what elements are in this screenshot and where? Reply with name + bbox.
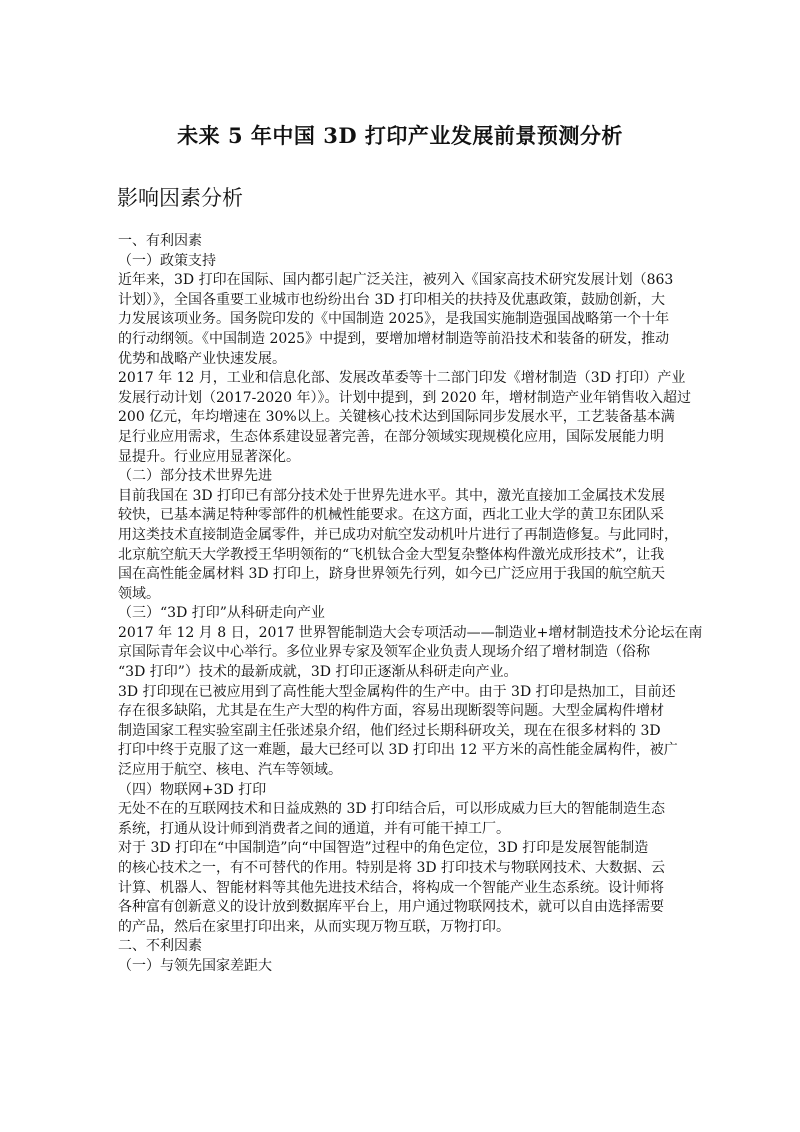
subsection-heading: （四）物联网+3D 打印 (118, 781, 684, 801)
paragraph-line: 较快，已基本满足特种零部件的机械性能要求。在这方面，西北工业大学的黄卫东团队采 (118, 506, 684, 526)
paragraph-line: 2017 年 12 月 8 日，2017 世界智能制造大会专项活动——制造业+增… (118, 624, 684, 644)
paragraph-line: 优势和战略产业快速发展。 (118, 350, 684, 370)
paragraph-line: 对于 3D 打印在“中国制造”向“中国智造”过程中的角色定位，3D 打印是发展智… (118, 839, 684, 859)
paragraph-line: 北京航空航天大学教授王华明领衔的“飞机钛合金大型复杂整体构件激光成形技术”，让我 (118, 546, 684, 566)
paragraph-line: 京国际青年会议中心举行。多位业界专家及领军企业负责人现场介绍了增材制造（俗称 (118, 643, 684, 663)
paragraph-line: 系统，打通从设计师到消费者之间的通道，并有可能干掉工厂。 (118, 820, 684, 840)
document-page: 未来 5 年中国 3D 打印产业发展前景预测分析 影响因素分析 一、有利因素（一… (0, 0, 800, 1132)
subsection-heading: （一）与领先国家差距大 (118, 957, 684, 977)
document-body: 一、有利因素（一）政策支持近年来，3D 打印在国际、国内都引起广泛关注，被列入《… (118, 232, 684, 977)
paragraph-line: 领域。 (118, 585, 684, 605)
paragraph-line: 无处不在的互联网技术和日益成熟的 3D 打印结合后，可以形成威力巨大的智能制造生… (118, 800, 684, 820)
paragraph-line: 目前我国在 3D 打印已有部分技术处于世界先进水平。其中，激光直接加工金属技术发… (118, 487, 684, 507)
section-subheading: 一、有利因素 (118, 232, 684, 252)
paragraph-line: 的核心技术之一，有不可替代的作用。特别是将 3D 打印技术与物联网技术、大数据、… (118, 859, 684, 879)
subsection-heading: （三）“3D 打印”从科研走向产业 (118, 604, 684, 624)
paragraph-line: 计划）》，全国各重要工业城市也纷纷出台 3D 打印相关的扶持及优惠政策，鼓励创新… (118, 291, 684, 311)
paragraph-line: 存在很多缺陷，尤其是在生产大型的构件方面，容易出现断裂等问题。大型金属构件增材 (118, 702, 684, 722)
paragraph-line: 计算、机器人、智能材料等其他先进技术结合，将构成一个智能产业生态系统。设计师将 (118, 879, 684, 899)
subsection-heading: （二）部分技术世界先进 (118, 467, 684, 487)
paragraph-line: 2017 年 12 月，工业和信息化部、发展改革委等十二部门印发《增材制造（3D… (118, 369, 684, 389)
section-subheading: 二、不利因素 (118, 937, 684, 957)
paragraph-line: 用这类技术直接制造金属零件，并已成功对航空发动机叶片进行了再制造修复。与此同时， (118, 526, 684, 546)
paragraph-line: “3D 打印”）技术的最新成就，3D 打印正逐渐从科研走向产业。 (118, 663, 684, 683)
subsection-heading: （一）政策支持 (118, 252, 684, 272)
paragraph-line: 力发展该项业务。国务院印发的《中国制造 2025》，是我国实施制造强国战略第一个… (118, 310, 684, 330)
paragraph-line: 发展行动计划（2017-2020 年）》。计划中提到，到 2020 年，增材制造… (118, 389, 684, 409)
paragraph-line: 泛应用于航空、核电、汽车等领域。 (118, 761, 684, 781)
paragraph-line: 3D 打印现在已被应用到了高性能大型金属构件的生产中。由于 3D 打印是热加工，… (118, 683, 684, 703)
section-heading: 影响因素分析 (117, 182, 243, 212)
paragraph-line: 显提升。行业应用显著深化。 (118, 448, 684, 468)
paragraph-line: 的行动纲领。《中国制造 2025》中提到，要增加增材制造等前沿技术和装备的研发，… (118, 330, 684, 350)
paragraph-line: 近年来，3D 打印在国际、国内都引起广泛关注，被列入《国家高技术研究发展计划（8… (118, 271, 684, 291)
paragraph-line: 200 亿元，年均增速在 30%以上。关键核心技术达到国际同步发展水平，工艺装备… (118, 408, 684, 428)
paragraph-line: 打印中终于克服了这一难题，最大已经可以 3D 打印出 12 平方米的高性能金属构… (118, 741, 684, 761)
paragraph-line: 国在高性能金属材料 3D 打印上，跻身世界领先行列，如今已广泛应用于我国的航空航… (118, 565, 684, 585)
paragraph-line: 各种富有创新意义的设计放到数据库平台上，用户通过物联网技术，就可以自由选择需要 (118, 898, 684, 918)
paragraph-line: 足行业应用需求，生态体系建设显著完善，在部分领域实现规模化应用，国际发展能力明 (118, 428, 684, 448)
paragraph-line: 制造国家工程实验室副主任张述泉介绍，他们经过长期科研攻关，现在在很多材料的 3D (118, 722, 684, 742)
document-title: 未来 5 年中国 3D 打印产业发展前景预测分析 (0, 120, 800, 150)
paragraph-line: 的产品，然后在家里打印出来，从而实现万物互联，万物打印。 (118, 918, 684, 938)
